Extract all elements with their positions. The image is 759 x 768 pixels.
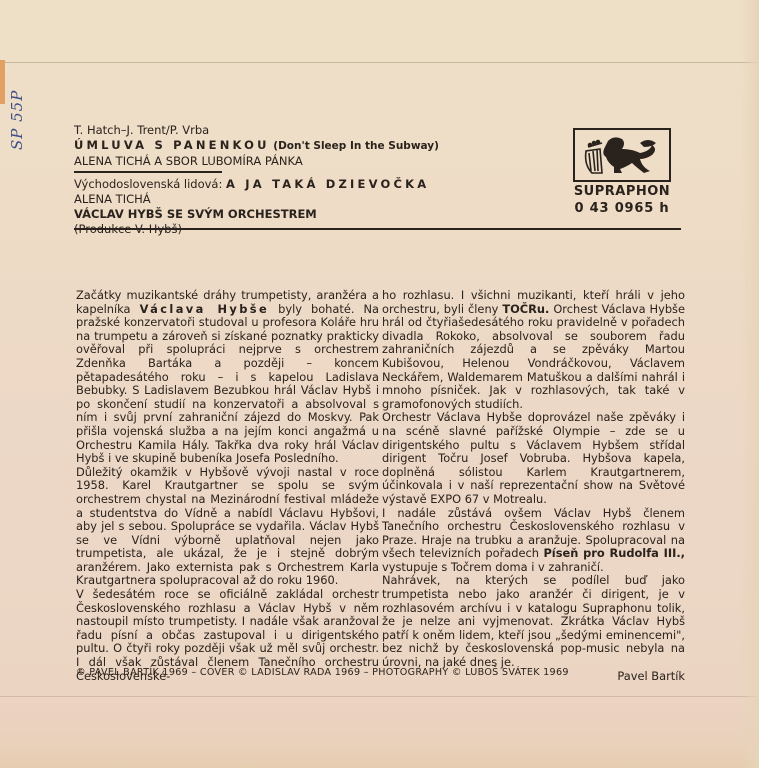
- paragraph: Nahrávek, na kterých se podílel buď jako…: [382, 574, 685, 669]
- paragraph: Orchestr Václava Hybše doprovázel naše z…: [382, 411, 685, 506]
- text: vystupuje s Točrem doma i v zahraničí.: [382, 560, 604, 574]
- lion-and-lyre-logo-icon: [573, 128, 671, 182]
- record-sleeve-back: SP 55P T. Hatch–J. Trent/P. Vrba ÚMLUVA …: [0, 0, 759, 768]
- text: byly bohaté. Na pražské konzervatoři stu…: [76, 302, 379, 466]
- bottom-flap: [0, 696, 759, 768]
- paragraph: I nadále zůstává ovšem Václav Hybš člene…: [382, 507, 685, 575]
- divider: [74, 171, 222, 173]
- emphasis: Píseň pro Rudolfa III.,: [543, 546, 685, 560]
- header-divider: [74, 228, 681, 230]
- text: Orchestr Václava Hybše doprovázel naše z…: [382, 410, 685, 506]
- track-2-title: A JA TAKÁ DZIEVOČKA: [226, 177, 429, 191]
- paragraph: ho rozhlasu. I všichni muzikanti, kteří …: [382, 289, 685, 411]
- sticker-remnant: [0, 60, 5, 104]
- track-1-original-title: (Don't Sleep In the Subway): [273, 140, 439, 152]
- paragraph: Začátky muzikantské dráhy trumpetisty, a…: [76, 289, 379, 466]
- label-logo: SUPRAPHON 0 43 0965 h: [572, 128, 672, 216]
- text: Důležitý okamžik v Hybšově vývoji nastal…: [76, 465, 379, 588]
- label-name: SUPRAPHON: [572, 184, 672, 199]
- catalog-number: 0 43 0965 h: [572, 201, 672, 216]
- sleeve-edge: [741, 0, 759, 768]
- track-1-title: ÚMLUVA S PANENKOU: [74, 138, 270, 152]
- handwritten-note: SP 55P: [8, 80, 30, 150]
- text: Orchest Václava Hybše hrál od čtyřiašede…: [382, 302, 685, 411]
- paragraph: Důležitý okamžik v Hybšově vývoji nastal…: [76, 466, 379, 588]
- top-flap: [0, 0, 759, 63]
- track-2-credits: Východoslovenská lidová:: [74, 177, 222, 191]
- liner-notes-left-column: Začátky muzikantské dráhy trumpetisty, a…: [76, 289, 379, 683]
- emphasis: TOČRu.: [502, 302, 549, 316]
- footer-credits: © PAVEL BARTÍK 1969 – COVER © LADISLAV R…: [76, 667, 569, 678]
- text: Nahrávek, na kterých se podílel buď jako…: [382, 573, 685, 669]
- emphasis: Václava Hybše: [140, 302, 270, 316]
- liner-notes-right-column: ho rozhlasu. I všichni muzikanti, kteří …: [382, 289, 685, 683]
